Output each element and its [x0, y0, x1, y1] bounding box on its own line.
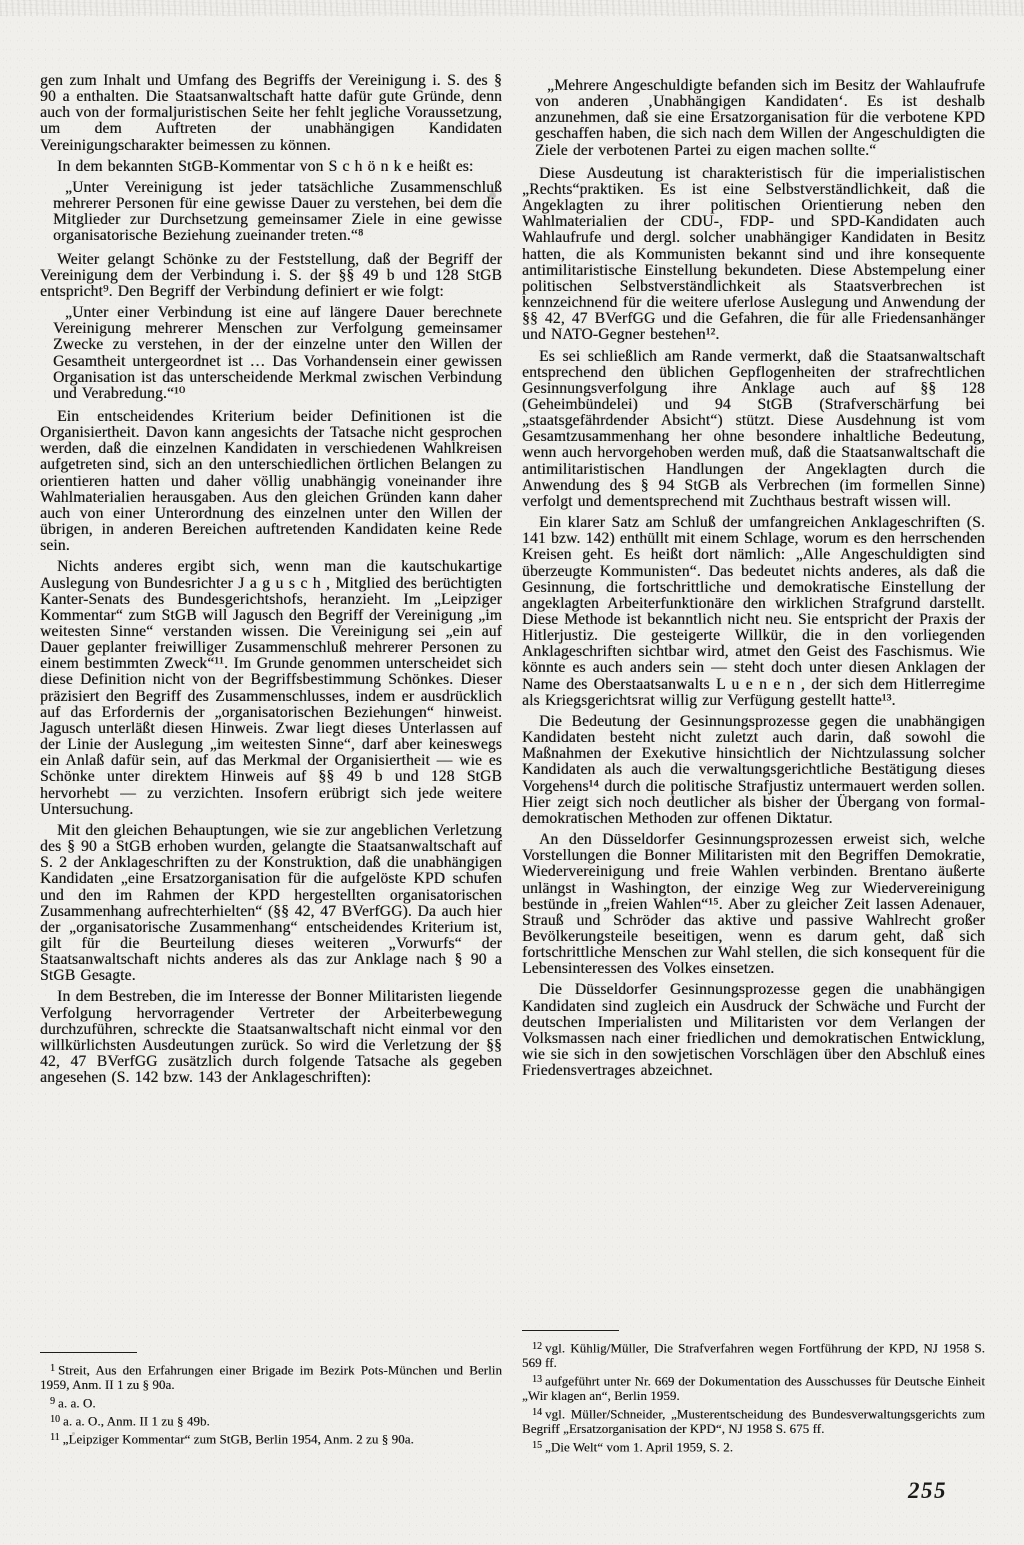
footnote-number: 14	[532, 1407, 545, 1418]
footnote-text: a. a. O.	[58, 1396, 96, 1410]
paragraph: Die Düsseldorfer Gesinnungsprozesse gege…	[522, 982, 985, 1079]
block-quote: „Unter Vereinigung ist jeder tatsächlich…	[53, 180, 502, 245]
footnote-number: 15	[532, 1440, 545, 1451]
footnote-number: 11	[50, 1432, 63, 1443]
footnote-text: Streit, Aus den Erfahrungen einer Brigad…	[40, 1364, 502, 1393]
paragraph: Mit den gleichen Behauptungen, wie sie z…	[40, 823, 502, 985]
right-column: „Mehrere Angeschuldigte befanden sich im…	[522, 76, 985, 1084]
footnote-separator	[40, 1352, 137, 1353]
left-footnotes: 1Streit, Aus den Erfahrungen einer Briga…	[40, 1352, 502, 1450]
footnote-text: „Leipziger Kommentar“ zum StGB, Berlin 1…	[63, 1433, 414, 1447]
footnote-text: a. a. O., Anm. II 1 zu § 49b.	[63, 1415, 210, 1429]
block-quote: „Mehrere Angeschuldigte befanden sich im…	[535, 78, 985, 159]
footnote: 10a. a. O., Anm. II 1 zu § 49b.	[40, 1413, 502, 1429]
block-quote: „Unter einer Verbindung ist eine auf län…	[53, 305, 502, 402]
footnote-separator	[522, 1330, 619, 1331]
footnote: 13aufgeführt unter Nr. 669 der Dokumenta…	[522, 1373, 985, 1404]
footnote: 14vgl. Müller/Schneider, „Musterentschei…	[522, 1406, 985, 1437]
paragraph: In dem bekannten StGB-Kommentar von S c …	[40, 159, 502, 175]
footnote-text: aufgeführt unter Nr. 669 der Dokumentati…	[522, 1374, 985, 1403]
paragraph: In dem Bestreben, die im Interesse der B…	[40, 989, 502, 1086]
footnote-number: 10	[50, 1414, 63, 1425]
footnote: 9a. a. O.	[40, 1395, 502, 1411]
paragraph: gen zum Inhalt und Umfang des Begriffs d…	[40, 73, 502, 154]
footnote: 15„Die Welt“ vom 1. April 1959, S. 2.	[522, 1439, 985, 1455]
footnote-text: vgl. Müller/Schneider, „Musterentscheidu…	[522, 1407, 985, 1436]
right-footnotes: 12vgl. Kühlig/Müller, Die Strafverfahren…	[522, 1330, 985, 1457]
paragraph: Ein entscheidendes Kriterium beider Defi…	[40, 409, 502, 554]
paragraph: Diese Ausdeutung ist charakteristisch fü…	[522, 166, 985, 344]
footnote: 12vgl. Kühlig/Müller, Die Strafverfahren…	[522, 1340, 985, 1371]
scanned-page: gen zum Inhalt und Umfang des Begriffs d…	[0, 0, 1024, 1545]
footnote: 1Streit, Aus den Erfahrungen einer Briga…	[40, 1362, 502, 1393]
paragraph: Weiter gelangt Schönke zu der Feststellu…	[40, 252, 502, 300]
page-number: 255	[908, 1478, 947, 1504]
footnote-number: 9	[50, 1396, 58, 1407]
left-column: gen zum Inhalt und Umfang des Begriffs d…	[40, 73, 502, 1091]
footnote: 11„Leipziger Kommentar“ zum StGB, Berlin…	[40, 1431, 502, 1447]
paragraph: Es sei schließlich am Rande vermerkt, da…	[522, 349, 985, 511]
footnote-text: „Die Welt“ vom 1. April 1959, S. 2.	[545, 1440, 733, 1454]
footnote-text: vgl. Kühlig/Müller, Die Strafverfahren w…	[522, 1342, 985, 1371]
footnote-number: 13	[532, 1374, 545, 1385]
paragraph: Nichts anderes ergibt sich, wenn man die…	[40, 559, 502, 818]
footnote-number: 12	[532, 1341, 545, 1352]
paragraph: Ein klarer Satz am Schluß der umfangreic…	[522, 515, 985, 709]
footnote-number: 1	[50, 1363, 58, 1374]
paragraph: Die Bedeutung der Gesinnungsprozesse geg…	[522, 714, 985, 827]
paragraph: An den Düsseldorfer Gesinnungsprozessen …	[522, 832, 985, 977]
scan-noise	[0, 0, 1024, 16]
